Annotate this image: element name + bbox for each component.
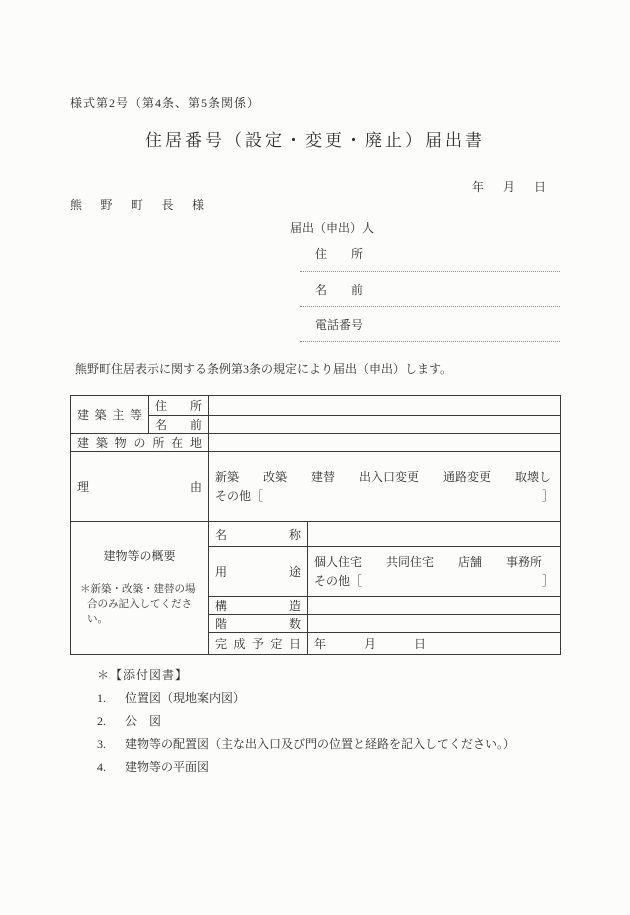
builder-address-label: 住所: [155, 397, 202, 414]
outline-use-options: 個人住宅 共同住宅 店舗 事務所: [314, 553, 554, 572]
builder-row-label: 建築主等: [77, 406, 142, 423]
attachment-text: 建物等の配置図（主な出入口及び門の位置と経路を記入してください。）: [125, 737, 515, 752]
applicant-address-label: 住 所: [315, 247, 363, 261]
form-code: 様式第2号（第4条、第5条関係）: [70, 96, 560, 110]
outline-completion-value: 年月日: [314, 635, 426, 652]
addressee-text: 熊野町長様: [70, 198, 204, 212]
attachment-number: 3.: [97, 737, 125, 752]
addressee: 熊野町長様: [70, 198, 560, 212]
outline-floors-label-cell: 階数: [209, 615, 308, 633]
attachment-text: 公 図: [125, 714, 161, 729]
outline-floors-label: 階数: [215, 615, 301, 632]
builder-name-value-cell: [209, 416, 561, 434]
outline-use-other-close: ］: [542, 572, 554, 591]
attachment-text: 位置図（現地案内図）: [125, 691, 245, 706]
outline-use-other-open: その他［: [314, 572, 362, 591]
outline-use-other-line: その他［ ］: [314, 572, 554, 591]
attachment-number: 1.: [97, 691, 125, 706]
attachments-section: ＊【添付図書】 1. 位置図（現地案内図） 2. 公 図 3. 建物等の配置図（…: [70, 668, 560, 775]
outline-completion-label: 完成予定日: [215, 635, 301, 652]
applicant-phone-label: 電話番号: [315, 318, 363, 332]
outline-name-label-cell: 名称: [209, 522, 308, 547]
attachment-text: 建物等の平面図: [125, 760, 209, 775]
builder-address-label-cell: 住所: [149, 396, 209, 416]
form-table: 建築主等 住所 名前 建築物の所在地: [70, 395, 561, 655]
reason-label-cell: 理由: [71, 452, 209, 522]
outline-label-cell: 建物等の概要 ＊新築・改築・建替の場合のみ記入してください。: [71, 522, 209, 655]
attachment-number: 4.: [97, 760, 125, 775]
reason-other-open: その他［: [215, 487, 263, 506]
builder-row-label-cell: 建築主等: [71, 396, 149, 434]
reason-options: 新築 改築 建替 出入口変更 通路変更 取壊し: [215, 468, 554, 487]
applicant-phone-field: 電話番号: [300, 307, 560, 342]
applicant-address-field: 住 所: [300, 245, 560, 272]
outline-completion-value-cell: 年月日: [308, 633, 561, 655]
declaration-text: 熊野町住居表示に関する条例第3条の規定により届出（申出）します。: [70, 361, 560, 377]
outline-label: 建物等の概要: [77, 549, 202, 564]
applicant-name-label: 名 前: [315, 283, 363, 297]
attachment-number: 2.: [97, 714, 125, 729]
outline-name-value-cell: [308, 522, 561, 547]
attachment-item: 4. 建物等の平面図: [97, 760, 560, 775]
builder-name-label: 名前: [155, 416, 202, 433]
outline-structure-label-cell: 構造: [209, 597, 308, 615]
date-line: 年月日: [70, 180, 560, 194]
building-location-value-cell: [209, 434, 561, 452]
reason-label: 理由: [77, 478, 202, 495]
outline-floors-value-cell: [308, 615, 561, 633]
attachment-item: 1. 位置図（現地案内図）: [97, 691, 560, 706]
outline-note: ＊新築・改築・建替の場合のみ記入してください。: [77, 582, 202, 627]
reason-other-line: その他［ ］: [215, 487, 554, 506]
builder-name-label-cell: 名前: [149, 416, 209, 434]
reason-value-cell: 新築 改築 建替 出入口変更 通路変更 取壊し その他［ ］: [209, 452, 561, 522]
form-page: 様式第2号（第4条、第5条関係） 住居番号（設定・変更・廃止）届出書 年月日 熊…: [0, 0, 630, 915]
outline-use-label: 用途: [215, 563, 301, 580]
applicant-fields: 住 所 名 前 電話番号: [300, 245, 560, 342]
applicant-name-field: 名 前: [300, 272, 560, 307]
attachment-item: 3. 建物等の配置図（主な出入口及び門の位置と経路を記入してください。）: [97, 737, 560, 752]
outline-name-label: 名称: [215, 526, 301, 543]
attachment-item: 2. 公 図: [97, 714, 560, 729]
building-location-label-cell: 建築物の所在地: [71, 434, 209, 452]
applicant-label: 届出（申出）人: [290, 221, 560, 235]
form-title: 住居番号（設定・変更・廃止）届出書: [70, 128, 560, 154]
building-location-label: 建築物の所在地: [77, 434, 202, 451]
outline-structure-value-cell: [308, 597, 561, 615]
outline-structure-label: 構造: [215, 597, 301, 614]
outline-completion-label-cell: 完成予定日: [209, 633, 308, 655]
builder-address-value-cell: [209, 396, 561, 416]
date-text: 年月日: [472, 180, 546, 194]
outline-use-label-cell: 用途: [209, 547, 308, 597]
reason-other-close: ］: [542, 487, 554, 506]
outline-use-value-cell: 個人住宅 共同住宅 店舗 事務所 その他［ ］: [308, 547, 561, 597]
attachments-heading: ＊【添付図書】: [97, 668, 560, 683]
